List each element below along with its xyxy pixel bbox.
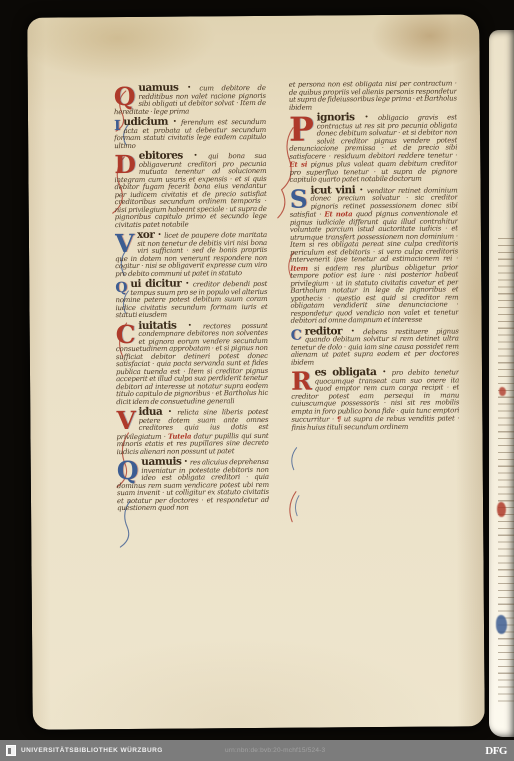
dfg-logo: DFG [485,745,507,757]
manuscript-entry: Res obligata · pro debito tenetur quocum… [291,368,459,431]
illuminated-initial: V [116,410,135,431]
manuscript-entry: Debitores · qui bona sua obligaverunt cr… [114,152,267,229]
illuminated-initial: P [289,116,314,143]
manuscript-entry: et persona non est obligata nisi per con… [289,80,457,111]
body-text: pignus plus valeat quam debitum creditor… [289,159,457,183]
manuscript-entry: Iudicium · ferendum est secundum acta et… [114,118,266,150]
manuscript-column-left: Quamuis · cum debitore de redditibus non… [114,84,270,559]
illuminated-initial: V [115,233,134,254]
next-folio-red-initial [497,502,506,517]
body-text: res alicuius deprehensa inveniatur in po… [117,458,269,512]
illuminated-initial: R [291,371,312,392]
illuminated-initial: Q [117,460,139,481]
document-urn: urn:nbn:de:bvb:20-mchf15/524-3 [225,747,325,754]
manuscript-page: Quamuis · cum debitore de redditibus non… [27,14,485,730]
body-text: qui bona sua obligaverunt creditori pro … [114,152,266,229]
illuminated-initial: C [291,329,302,341]
illuminated-initial: Q [115,282,127,294]
library-logo-icon [6,745,16,756]
manuscript-entry: Vxor · licet de paupere dote maritata si… [115,231,267,278]
next-folio-blue-initial [496,615,507,634]
manuscript-entry: Pignoris · obligacio gravis est contract… [289,113,458,184]
library-name: UNIVERSITÄTSBIBLIOTHEK WÜRZBURG [21,747,163,754]
illuminated-initial: Q [114,86,136,107]
manuscript-entry: Quamuis · cum debitore de redditibus non… [114,84,266,116]
manuscript-entry: Vidua · relicta sine liberis potest pete… [116,408,268,456]
illuminated-initial: I [114,120,120,132]
illuminated-initial: S [290,188,308,209]
footer-bar: UNIVERSITÄTSBIBLIOTHEK WÜRZBURG urn:nbn:… [0,740,514,761]
body-text: rectores possunt condempnare debitores n… [116,321,268,405]
manuscript-entry: Sicut vini · venditor retinet dominium d… [290,186,459,325]
body-text: si eadem res pluribus obligetur prior te… [290,263,458,325]
manuscript-column-right: et persona non est obligata nisi per con… [289,80,461,567]
illuminated-initial: D [114,154,136,175]
next-folio-rubric-mark [499,387,506,396]
body-text: et persona non est obligata nisi per con… [289,80,457,111]
next-folio-edge [489,30,514,737]
body-text: quod pignus conventionale et pignus iudi… [290,209,458,263]
manuscript-entry: Quamuis · res alicuius deprehensa inveni… [117,458,269,513]
manuscript-entry: Qui dicitur · creditor debendi post temp… [115,280,267,320]
next-folio-script-lines [498,238,514,706]
manuscript-entry: Creditor · debens restituere pignus quan… [291,327,459,367]
manuscript-entry: Ciuitatis · rectores possunt condempnare… [116,321,269,406]
illuminated-initial: C [116,323,136,344]
